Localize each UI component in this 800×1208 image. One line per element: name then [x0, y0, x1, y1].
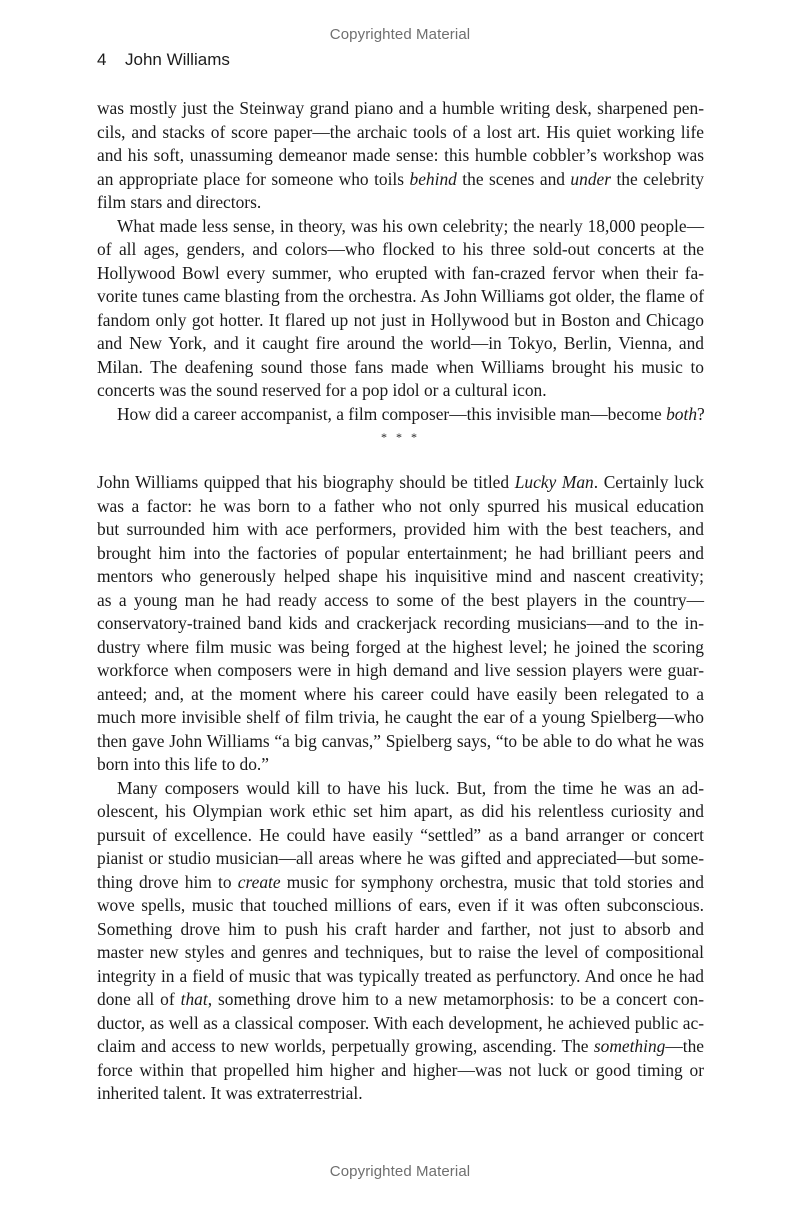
- running-head: 4John Williams: [97, 50, 230, 70]
- running-title: John Williams: [125, 50, 230, 69]
- text-line: an appropriate place for someone who toi…: [97, 168, 704, 192]
- text-line: mentors who generously helped shape his …: [97, 565, 704, 589]
- text-line: was mostly just the Steinway grand piano…: [97, 97, 704, 121]
- text-line: fandom only got hotter. It flared up not…: [97, 309, 704, 333]
- text-line: conservatory-trained band kids and crack…: [97, 612, 704, 636]
- text-line: Something drove him to push his craft ha…: [97, 918, 704, 942]
- text-line: Milan. The deafening sound those fans ma…: [97, 356, 704, 380]
- text-line: vorite tunes came blasting from the orch…: [97, 285, 704, 309]
- text-line: was a factor: he was born to a father wh…: [97, 495, 704, 519]
- text-line: but surrounded him with ace performers, …: [97, 518, 704, 542]
- emphasis: both: [666, 404, 697, 424]
- text-line: of all ages, genders, and colors—who flo…: [97, 238, 704, 262]
- text-line: ductor, as well as a classical composer.…: [97, 1012, 704, 1036]
- body-text-before-break: was mostly just the Steinway grand piano…: [97, 97, 704, 473]
- paragraph: Many composers would kill to have his lu…: [97, 777, 704, 1106]
- text-line: pursuit of excellence. He could have eas…: [97, 824, 704, 848]
- emphasis: under: [570, 169, 611, 189]
- paragraph: was mostly just the Steinway grand piano…: [97, 97, 704, 215]
- section-gap: [97, 450, 704, 474]
- text-line: John Williams quipped that his biography…: [97, 471, 704, 495]
- text-line: force within that propelled him higher a…: [97, 1059, 704, 1083]
- paragraph: John Williams quipped that his biography…: [97, 471, 704, 777]
- text-line: master new styles and genres and techniq…: [97, 941, 704, 965]
- text-line: then gave John Williams “a big canvas,” …: [97, 730, 704, 754]
- text-line: integrity in a field of music that was t…: [97, 965, 704, 989]
- text-line: Many composers would kill to have his lu…: [97, 777, 704, 801]
- text-line: as a young man he had ready access to so…: [97, 589, 704, 613]
- text-line: olescent, his Olympian work ethic set hi…: [97, 800, 704, 824]
- text-line: pianist or studio musician—all areas whe…: [97, 847, 704, 871]
- copyright-notice-top: Copyrighted Material: [0, 26, 800, 43]
- paragraph: How did a career accompanist, a film com…: [97, 403, 704, 427]
- text-line: wove spells, music that touched millions…: [97, 894, 704, 918]
- text-line: claim and access to new worlds, perpetua…: [97, 1035, 704, 1059]
- text-line: cils, and stacks of score paper—the arch…: [97, 121, 704, 145]
- text-line: How did a career accompanist, a film com…: [97, 403, 704, 427]
- emphasis: that: [181, 989, 208, 1009]
- text-line: film stars and directors.: [97, 191, 704, 215]
- text-line: born into this life to do.”: [97, 753, 704, 777]
- text-line: done all of that, something drove him to…: [97, 988, 704, 1012]
- text-line: inherited talent. It was extraterrestria…: [97, 1082, 704, 1106]
- section-break: * * *: [97, 426, 704, 450]
- page-number: 4: [97, 50, 125, 70]
- emphasis: something: [594, 1036, 666, 1056]
- text-line: and his soft, unassuming demeanor made s…: [97, 144, 704, 168]
- paragraph: What made less sense, in theory, was his…: [97, 215, 704, 403]
- emphasis: create: [238, 872, 281, 892]
- text-line: brought him into the factories of popula…: [97, 542, 704, 566]
- emphasis: behind: [410, 169, 457, 189]
- text-line: much more invisible shelf of film trivia…: [97, 706, 704, 730]
- body-text-after-break: John Williams quipped that his biography…: [97, 471, 704, 1106]
- text-line: concerts was the sound reserved for a po…: [97, 379, 704, 403]
- text-line: dustry where film music was being forged…: [97, 636, 704, 660]
- text-line: and New York, and it caught fire around …: [97, 332, 704, 356]
- text-line: Hollywood Bowl every summer, who erupted…: [97, 262, 704, 286]
- text-line: thing drove him to create music for symp…: [97, 871, 704, 895]
- copyright-notice-bottom: Copyrighted Material: [0, 1163, 800, 1180]
- text-line: What made less sense, in theory, was his…: [97, 215, 704, 239]
- text-line: anteed; and, at the moment where his car…: [97, 683, 704, 707]
- emphasis: Lucky Man: [515, 472, 594, 492]
- text-line: workforce when composers were in high de…: [97, 659, 704, 683]
